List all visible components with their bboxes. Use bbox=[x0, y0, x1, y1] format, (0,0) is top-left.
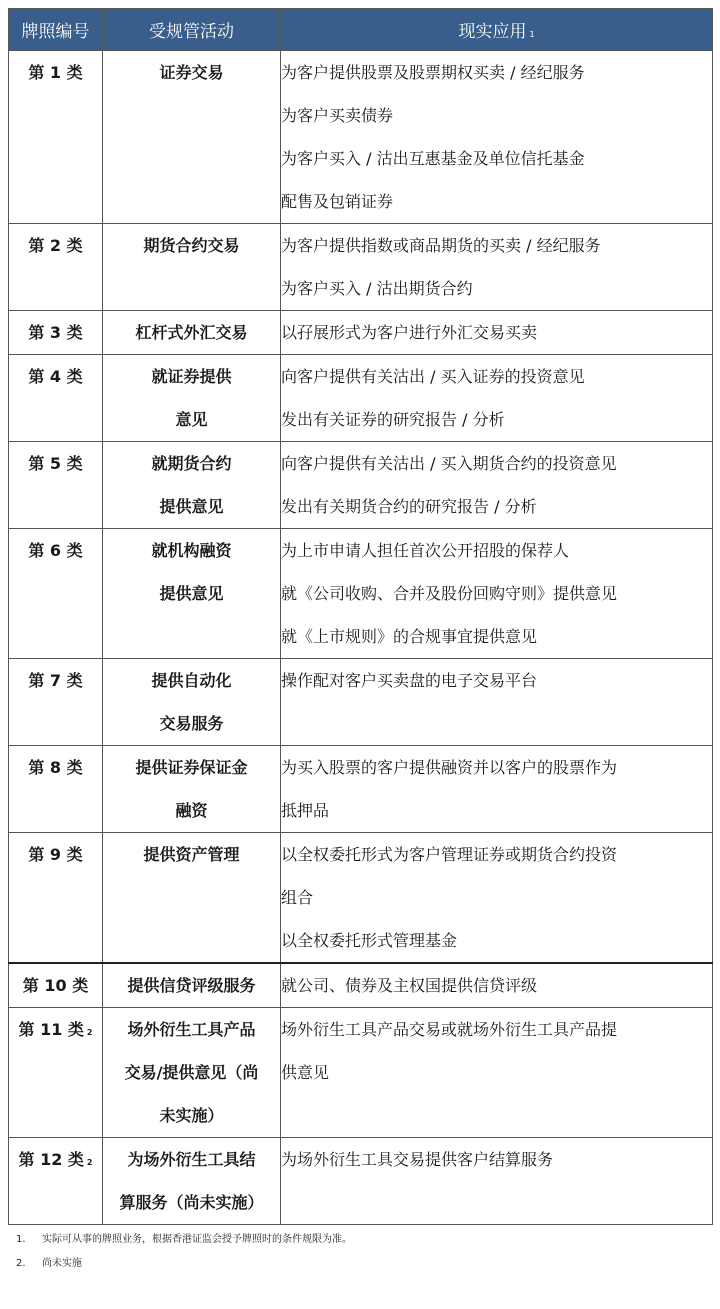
license-number: 第 6 类 bbox=[9, 529, 102, 572]
license-number-cell: 第 1 类 bbox=[9, 51, 103, 224]
application-cell: 操作配对客户买卖盘的电子交易平台 bbox=[281, 659, 713, 746]
license-number: 第 4 类 bbox=[9, 355, 102, 398]
activity-line: 提供资产管理 bbox=[103, 833, 280, 876]
table-row: 第 5 类就期货合约提供意见向客户提供有关沽出 / 买入期货合约的投资意见发出有… bbox=[9, 442, 713, 529]
application-line: 发出有关期货合约的研究报告 / 分析 bbox=[281, 485, 712, 528]
application-line: 向客户提供有关沽出 / 买入期货合约的投资意见 bbox=[281, 442, 712, 485]
table-row: 第 9 类提供资产管理以全权委托形式为客户管理证券或期货合约投资组合以全权委托形… bbox=[9, 833, 713, 964]
header-application-label: 现实应用 bbox=[458, 22, 526, 42]
application-line: 为客户买入 / 沽出互惠基金及单位信托基金 bbox=[281, 137, 712, 180]
license-number: 第 8 类 bbox=[9, 746, 102, 789]
application-line: 为客户买卖债券 bbox=[281, 94, 712, 137]
license-number-text: 第 2 类 bbox=[28, 236, 82, 255]
license-number-cell: 第 2 类 bbox=[9, 224, 103, 311]
activity-line: 就期货合约 bbox=[103, 442, 280, 485]
footnote-text: 尚未实施 bbox=[42, 1252, 82, 1276]
application-line: 供意见 bbox=[281, 1051, 712, 1094]
license-table: 牌照编号 受规管活动 现实应用1 第 1 类证券交易为客户提供股票及股票期权买卖… bbox=[8, 8, 713, 1225]
activity-cell: 提供证券保证金融资 bbox=[103, 746, 281, 833]
footnote-2: 2. 尚未实施 bbox=[16, 1252, 352, 1276]
table-row: 第 2 类期货合约交易为客户提供指数或商品期货的买卖 / 经纪服务为客户买入 /… bbox=[9, 224, 713, 311]
footnote-text: 实际可从事的牌照业务，根据香港证监会授予牌照时的条件规限为准。 bbox=[42, 1228, 352, 1252]
footnote-number: 1. bbox=[16, 1228, 42, 1252]
license-number-text: 第 6 类 bbox=[28, 541, 82, 560]
license-number-cell: 第 11 类2 bbox=[9, 1008, 103, 1138]
license-number-text: 第 9 类 bbox=[28, 845, 82, 864]
activity-line: 为场外衍生工具结 bbox=[103, 1138, 280, 1181]
license-number: 第 11 类2 bbox=[9, 1008, 102, 1051]
license-number-text: 第 3 类 bbox=[28, 323, 82, 342]
activity-line: 交易/提供意见（尚 bbox=[103, 1051, 280, 1094]
header-license-number: 牌照编号 bbox=[9, 9, 103, 51]
license-number-cell: 第 4 类 bbox=[9, 355, 103, 442]
application-line: 为客户提供指数或商品期货的买卖 / 经纪服务 bbox=[281, 224, 712, 267]
license-number-cell: 第 7 类 bbox=[9, 659, 103, 746]
application-cell: 就公司、债券及主权国提供信贷评级 bbox=[281, 963, 713, 1008]
table-row: 第 11 类2场外衍生工具产品交易/提供意见（尚未实施）场外衍生工具产品交易或就… bbox=[9, 1008, 713, 1138]
application-cell: 为上市申请人担任首次公开招股的保荐人就《公司收购、合并及股份回购守则》提供意见就… bbox=[281, 529, 713, 659]
activity-line: 交易服务 bbox=[103, 702, 280, 745]
table-row: 第 7 类提供自动化交易服务操作配对客户买卖盘的电子交易平台 bbox=[9, 659, 713, 746]
application-line: 配售及包销证券 bbox=[281, 180, 712, 223]
table-row: 第 6 类就机构融资提供意见为上市申请人担任首次公开招股的保荐人就《公司收购、合… bbox=[9, 529, 713, 659]
activity-line: 提供证券保证金 bbox=[103, 746, 280, 789]
activity-line: 证券交易 bbox=[103, 51, 280, 94]
license-number-text: 第 12 类 bbox=[19, 1150, 84, 1169]
header-regulated-activity: 受规管活动 bbox=[103, 9, 281, 51]
license-number-text: 第 1 类 bbox=[28, 63, 82, 82]
application-line: 向客户提供有关沽出 / 买入证券的投资意见 bbox=[281, 355, 712, 398]
activity-line: 意见 bbox=[103, 398, 280, 441]
license-number: 第 12 类2 bbox=[9, 1138, 102, 1181]
footnotes: 1. 实际可从事的牌照业务，根据香港证监会授予牌照时的条件规限为准。 2. 尚未… bbox=[16, 1228, 352, 1276]
license-number-cell: 第 6 类 bbox=[9, 529, 103, 659]
activity-cell: 就证券提供意见 bbox=[103, 355, 281, 442]
activity-line: 场外衍生工具产品 bbox=[103, 1008, 280, 1051]
license-number-cell: 第 10 类 bbox=[9, 963, 103, 1008]
header-application: 现实应用1 bbox=[281, 9, 713, 51]
activity-line: 就证券提供 bbox=[103, 355, 280, 398]
application-cell: 为客户提供股票及股票期权买卖 / 经纪服务为客户买卖债券为客户买入 / 沽出互惠… bbox=[281, 51, 713, 224]
application-line: 为客户买入 / 沽出期货合约 bbox=[281, 267, 712, 310]
license-number-text: 第 10 类 bbox=[23, 976, 88, 995]
table-row: 第 1 类证券交易为客户提供股票及股票期权买卖 / 经纪服务为客户买卖债券为客户… bbox=[9, 51, 713, 224]
footnote-ref: 1 bbox=[529, 30, 534, 39]
application-cell: 向客户提供有关沽出 / 买入证券的投资意见发出有关证券的研究报告 / 分析 bbox=[281, 355, 713, 442]
activity-line: 算服务（尚未实施） bbox=[103, 1181, 280, 1224]
table-row: 第 8 类提供证券保证金融资为买入股票的客户提供融资并以客户的股票作为抵押品 bbox=[9, 746, 713, 833]
application-line: 为场外衍生工具交易提供客户结算服务 bbox=[281, 1138, 712, 1181]
license-number-cell: 第 12 类2 bbox=[9, 1138, 103, 1225]
activity-cell: 证券交易 bbox=[103, 51, 281, 224]
license-number: 第 7 类 bbox=[9, 659, 102, 702]
table-row: 第 3 类杠杆式外汇交易以孖展形式为客户进行外汇交易买卖 bbox=[9, 311, 713, 355]
activity-cell: 提供资产管理 bbox=[103, 833, 281, 964]
table-row: 第 4 类就证券提供意见向客户提供有关沽出 / 买入证券的投资意见发出有关证券的… bbox=[9, 355, 713, 442]
activity-cell: 场外衍生工具产品交易/提供意见（尚未实施） bbox=[103, 1008, 281, 1138]
license-number-text: 第 11 类 bbox=[19, 1020, 84, 1039]
activity-line: 杠杆式外汇交易 bbox=[103, 311, 280, 354]
application-line: 为客户提供股票及股票期权买卖 / 经纪服务 bbox=[281, 51, 712, 94]
license-number: 第 10 类 bbox=[9, 964, 102, 1007]
activity-cell: 提供自动化交易服务 bbox=[103, 659, 281, 746]
application-cell: 以全权委托形式为客户管理证券或期货合约投资组合以全权委托形式管理基金 bbox=[281, 833, 713, 964]
application-line: 就《上市规则》的合规事宜提供意见 bbox=[281, 615, 712, 658]
table-row: 第 10 类提供信贷评级服务就公司、债券及主权国提供信贷评级 bbox=[9, 963, 713, 1008]
footnote-ref: 2 bbox=[87, 1158, 93, 1167]
activity-cell: 就机构融资提供意见 bbox=[103, 529, 281, 659]
activity-line: 融资 bbox=[103, 789, 280, 832]
license-number-cell: 第 8 类 bbox=[9, 746, 103, 833]
activity-cell: 提供信贷评级服务 bbox=[103, 963, 281, 1008]
application-line: 抵押品 bbox=[281, 789, 712, 832]
activity-cell: 就期货合约提供意见 bbox=[103, 442, 281, 529]
application-line: 为上市申请人担任首次公开招股的保荐人 bbox=[281, 529, 712, 572]
activity-cell: 为场外衍生工具结算服务（尚未实施） bbox=[103, 1138, 281, 1225]
license-number-cell: 第 5 类 bbox=[9, 442, 103, 529]
application-line: 组合 bbox=[281, 876, 712, 919]
application-line: 以孖展形式为客户进行外汇交易买卖 bbox=[281, 311, 712, 354]
application-line: 发出有关证券的研究报告 / 分析 bbox=[281, 398, 712, 441]
license-number-text: 第 5 类 bbox=[28, 454, 82, 473]
application-cell: 以孖展形式为客户进行外汇交易买卖 bbox=[281, 311, 713, 355]
footnote-number: 2. bbox=[16, 1252, 42, 1276]
activity-line: 提供意见 bbox=[103, 485, 280, 528]
footnote-1: 1. 实际可从事的牌照业务，根据香港证监会授予牌照时的条件规限为准。 bbox=[16, 1228, 352, 1252]
license-number-cell: 第 3 类 bbox=[9, 311, 103, 355]
activity-line: 提供自动化 bbox=[103, 659, 280, 702]
activity-line: 就机构融资 bbox=[103, 529, 280, 572]
application-line: 就公司、债券及主权国提供信贷评级 bbox=[281, 964, 712, 1007]
license-number-text: 第 4 类 bbox=[28, 367, 82, 386]
application-cell: 为场外衍生工具交易提供客户结算服务 bbox=[281, 1138, 713, 1225]
activity-line: 提供意见 bbox=[103, 572, 280, 615]
application-line: 场外衍生工具产品交易或就场外衍生工具产品提 bbox=[281, 1008, 712, 1051]
application-cell: 向客户提供有关沽出 / 买入期货合约的投资意见发出有关期货合约的研究报告 / 分… bbox=[281, 442, 713, 529]
license-number-text: 第 8 类 bbox=[28, 758, 82, 777]
application-line: 以全权委托形式管理基金 bbox=[281, 919, 712, 962]
license-number: 第 5 类 bbox=[9, 442, 102, 485]
activity-cell: 期货合约交易 bbox=[103, 224, 281, 311]
activity-line: 未实施） bbox=[103, 1094, 280, 1137]
table-row: 第 12 类2为场外衍生工具结算服务（尚未实施）为场外衍生工具交易提供客户结算服… bbox=[9, 1138, 713, 1225]
activity-cell: 杠杆式外汇交易 bbox=[103, 311, 281, 355]
license-number-text: 第 7 类 bbox=[28, 671, 82, 690]
table-body: 第 1 类证券交易为客户提供股票及股票期权买卖 / 经纪服务为客户买卖债券为客户… bbox=[9, 51, 713, 1225]
license-number: 第 1 类 bbox=[9, 51, 102, 94]
activity-line: 提供信贷评级服务 bbox=[103, 964, 280, 1007]
license-number: 第 9 类 bbox=[9, 833, 102, 876]
application-line: 为买入股票的客户提供融资并以客户的股票作为 bbox=[281, 746, 712, 789]
license-number: 第 3 类 bbox=[9, 311, 102, 354]
application-cell: 场外衍生工具产品交易或就场外衍生工具产品提供意见 bbox=[281, 1008, 713, 1138]
footnote-ref: 2 bbox=[87, 1028, 93, 1037]
license-number: 第 2 类 bbox=[9, 224, 102, 267]
application-line: 操作配对客户买卖盘的电子交易平台 bbox=[281, 659, 712, 702]
license-number-cell: 第 9 类 bbox=[9, 833, 103, 964]
application-line: 以全权委托形式为客户管理证券或期货合约投资 bbox=[281, 833, 712, 876]
activity-line: 期货合约交易 bbox=[103, 224, 280, 267]
application-cell: 为买入股票的客户提供融资并以客户的股票作为抵押品 bbox=[281, 746, 713, 833]
application-line: 就《公司收购、合并及股份回购守则》提供意见 bbox=[281, 572, 712, 615]
application-cell: 为客户提供指数或商品期货的买卖 / 经纪服务为客户买入 / 沽出期货合约 bbox=[281, 224, 713, 311]
table-header-row: 牌照编号 受规管活动 现实应用1 bbox=[9, 9, 713, 51]
